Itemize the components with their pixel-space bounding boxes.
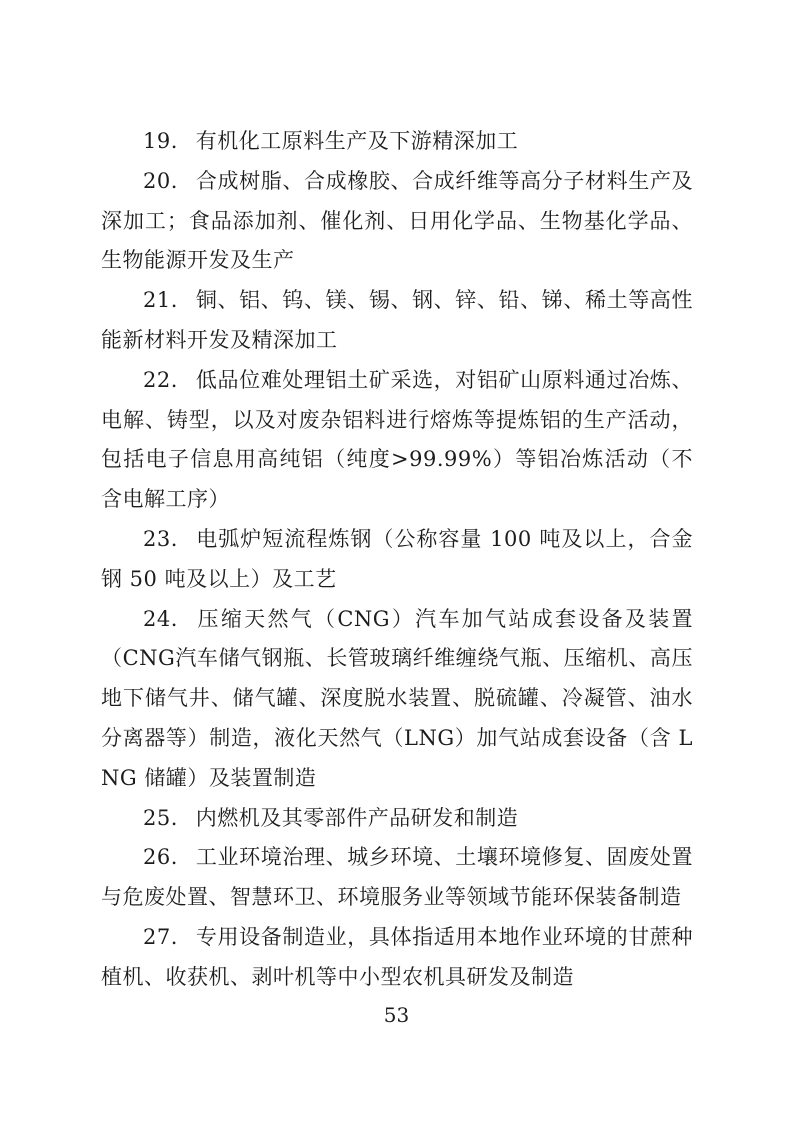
item-text: 电弧炉短流程炼钢（公称容量 100 吨及以上，合金钢 50 吨及以上）及工艺 [101, 527, 693, 591]
item-number: 22. [143, 368, 178, 392]
item-text: 专用设备制造业，具体指适用本地作业环境的甘蔗种植机、收获机、剥叶机等中小型农机具… [101, 925, 693, 989]
item-number: 19. [143, 129, 178, 153]
item-number: 26. [143, 845, 178, 869]
item-text: 合成树脂、合成橡胶、合成纤维等高分子材料生产及深加工；食品添加剂、催化剂、日用化… [101, 169, 693, 273]
item-text: 有机化工原料生产及下游精深加工 [196, 129, 519, 153]
item-text: 工业环境治理、城乡环境、土壤环境修复、固废处置与危废处置、智慧环卫、环境服务业等… [101, 845, 693, 909]
item-number: 20. [143, 169, 178, 193]
item-number: 27. [143, 925, 178, 949]
item-text: 低品位难处理铝土矿采选，对铝矿山原料通过冶炼、电解、铸型，以及对废杂铝料进行熔炼… [101, 368, 693, 511]
list-item-23: 23.电弧炉短流程炼钢（公称容量 100 吨及以上，合金钢 50 吨及以上）及工… [101, 520, 693, 600]
list-item-24: 24.压缩天然气（CNG）汽车加气站成套设备及装置（CNG汽车储气钢瓶、长管玻璃… [101, 600, 693, 799]
item-text: 压缩天然气（CNG）汽车加气站成套设备及装置（CNG汽车储气钢瓶、长管玻璃纤维缠… [101, 607, 693, 790]
item-text: 内燃机及其零部件产品研发和制造 [196, 806, 519, 830]
list-item-27: 27.专用设备制造业，具体指适用本地作业环境的甘蔗种植机、收获机、剥叶机等中小型… [101, 918, 693, 998]
item-number: 25. [143, 806, 178, 830]
page-number: 53 [0, 1000, 793, 1030]
list-item-26: 26.工业环境治理、城乡环境、土壤环境修复、固废处置与危废处置、智慧环卫、环境服… [101, 838, 693, 918]
document-page: 19.有机化工原料生产及下游精深加工 20.合成树脂、合成橡胶、合成纤维等高分子… [0, 0, 793, 1122]
item-number: 21. [143, 288, 178, 312]
list-item-21: 21.铜、铝、钨、镁、锡、钢、锌、铅、锑、稀土等高性能新材料开发及精深加工 [101, 281, 693, 361]
item-number: 23. [143, 527, 178, 551]
document-body: 19.有机化工原料生产及下游精深加工 20.合成树脂、合成橡胶、合成纤维等高分子… [101, 122, 693, 998]
list-item-20: 20.合成树脂、合成橡胶、合成纤维等高分子材料生产及深加工；食品添加剂、催化剂、… [101, 162, 693, 281]
list-item-22: 22.低品位难处理铝土矿采选，对铝矿山原料通过冶炼、电解、铸型，以及对废杂铝料进… [101, 361, 693, 520]
item-text: 铜、铝、钨、镁、锡、钢、锌、铅、锑、稀土等高性能新材料开发及精深加工 [101, 288, 693, 352]
list-item-25: 25.内燃机及其零部件产品研发和制造 [101, 799, 693, 839]
list-item-19: 19.有机化工原料生产及下游精深加工 [101, 122, 693, 162]
item-number: 24. [143, 607, 178, 631]
